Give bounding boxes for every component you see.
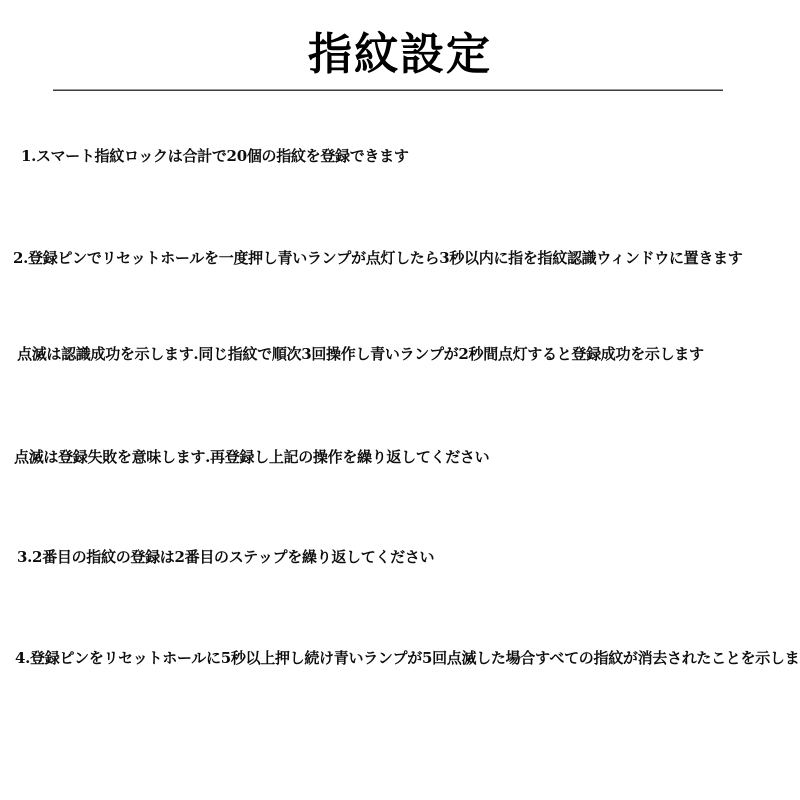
instruction-step-3: 3.2番目の指紋の登録は2番目のステップを繰り返してください xyxy=(17,549,434,566)
instruction-step-1: 1.スマート指紋ロックは合計で20個の指紋を登録できます xyxy=(21,148,409,165)
page-title: 指紋設定 xyxy=(0,30,800,81)
title-divider xyxy=(53,89,723,91)
instruction-step-2: 2.登録ピンでリセットホールを一度押し青いランプが点灯したら3秒以内に指を指紋認… xyxy=(13,250,742,267)
instruction-step-2-failure-note: 点滅は登録失敗を意味します.再登録し上記の操作を繰り返してください xyxy=(14,449,489,466)
document-root: 指紋設定 1.スマート指紋ロックは合計で20個の指紋を登録できます 2.登録ピン… xyxy=(0,0,800,800)
instruction-step-2-success-note: 点滅は認識成功を示します.同じ指紋で順次3回操作し青いランプが2秒間点灯すると登… xyxy=(17,346,704,363)
instruction-step-4: 4.登録ピンをリセットホールに5秒以上押し続け青いランプが5回点滅した場合すべて… xyxy=(15,650,800,667)
